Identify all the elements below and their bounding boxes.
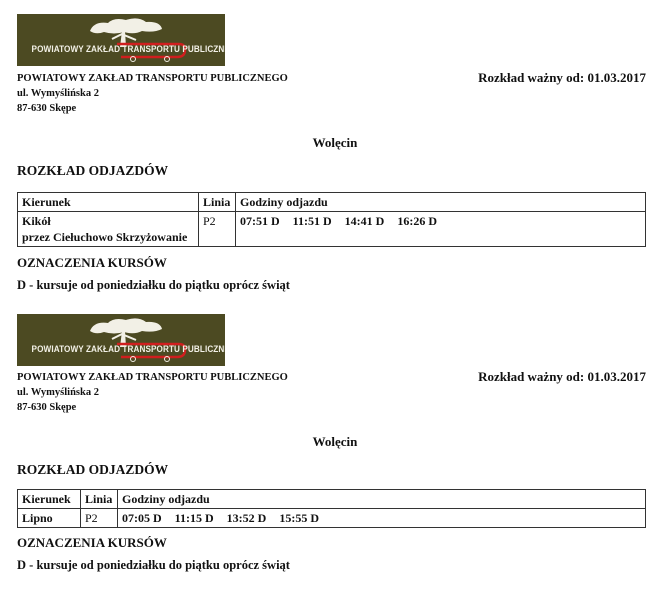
company-city: 87-630 Skępe [17, 400, 288, 415]
times-cell: 07:51 D 11:51 D 14:41 D 16:26 D [236, 212, 646, 247]
valid-from: Rozkład ważny od: 01.03.2017 [478, 369, 646, 385]
departure-time: 13:52 D [227, 511, 267, 525]
logo-text: POWIATOWY ZAKŁAD TRANSPORTU PUBLICZNEGO [32, 344, 211, 355]
table-row: Kikół przez Ciełuchowo Skrzyżowanie P2 0… [18, 212, 646, 247]
company-street: ul. Wymyślińska 2 [17, 385, 288, 400]
legend-title: OZNACZENIA KURSÓW [17, 535, 167, 551]
direction-via: przez Ciełuchowo Skrzyżowanie [22, 229, 194, 245]
legend-text: D - kursuje od poniedziałku do piątku op… [17, 558, 290, 573]
header-line: Linia [81, 490, 118, 509]
company-name: POWIATOWY ZAKŁAD TRANSPORTU PUBLICZNEGO [17, 370, 288, 385]
legend-title: OZNACZENIA KURSÓW [17, 255, 167, 271]
departure-time: 14:41 D [345, 214, 385, 228]
company-logo: POWIATOWY ZAKŁAD TRANSPORTU PUBLICZNEGO [17, 314, 225, 366]
departure-time: 15:55 D [279, 511, 319, 525]
direction-cell: Kikół przez Ciełuchowo Skrzyżowanie [18, 212, 199, 247]
header-direction: Kierunek [18, 490, 81, 509]
section-title: ROZKŁAD ODJAZDÓW [17, 163, 168, 179]
table-header-row: Kierunek Linia Godziny odjazdu [18, 490, 646, 509]
valid-from: Rozkład ważny od: 01.03.2017 [478, 70, 646, 86]
stop-name: Wolęcin [0, 135, 660, 151]
line-cell: P2 [199, 212, 236, 247]
departure-time: 07:05 D [122, 511, 162, 525]
legend-text: D - kursuje od poniedziałku do piątku op… [17, 278, 290, 293]
departures-table: Kierunek Linia Godziny odjazdu Lipno P2 … [17, 489, 646, 528]
stop-name: Wolęcin [0, 434, 660, 450]
company-street: ul. Wymyślińska 2 [17, 86, 288, 101]
logo-text: POWIATOWY ZAKŁAD TRANSPORTU PUBLICZNEGO [32, 44, 211, 55]
company-info: POWIATOWY ZAKŁAD TRANSPORTU PUBLICZNEGO … [17, 71, 288, 116]
header-line: Linia [199, 193, 236, 212]
direction: Lipno [22, 510, 76, 526]
departure-time: 11:51 D [293, 214, 332, 228]
table-header-row: Kierunek Linia Godziny odjazdu [18, 193, 646, 212]
departure-time: 16:26 D [397, 214, 437, 228]
header-times: Godziny odjazdu [118, 490, 646, 509]
header-direction: Kierunek [18, 193, 199, 212]
direction: Kikół [22, 213, 194, 229]
company-logo: POWIATOWY ZAKŁAD TRANSPORTU PUBLICZNEGO [17, 14, 225, 66]
company-info: POWIATOWY ZAKŁAD TRANSPORTU PUBLICZNEGO … [17, 370, 288, 415]
header-times: Godziny odjazdu [236, 193, 646, 212]
line-cell: P2 [81, 509, 118, 528]
times-cell: 07:05 D 11:15 D 13:52 D 15:55 D [118, 509, 646, 528]
departure-time: 07:51 D [240, 214, 280, 228]
company-city: 87-630 Skępe [17, 101, 288, 116]
table-row: Lipno P2 07:05 D 11:15 D 13:52 D 15:55 D [18, 509, 646, 528]
departure-time: 11:15 D [175, 511, 214, 525]
direction-cell: Lipno [18, 509, 81, 528]
departures-table: Kierunek Linia Godziny odjazdu Kikół prz… [17, 192, 646, 247]
section-title: ROZKŁAD ODJAZDÓW [17, 462, 168, 478]
company-name: POWIATOWY ZAKŁAD TRANSPORTU PUBLICZNEGO [17, 71, 288, 86]
